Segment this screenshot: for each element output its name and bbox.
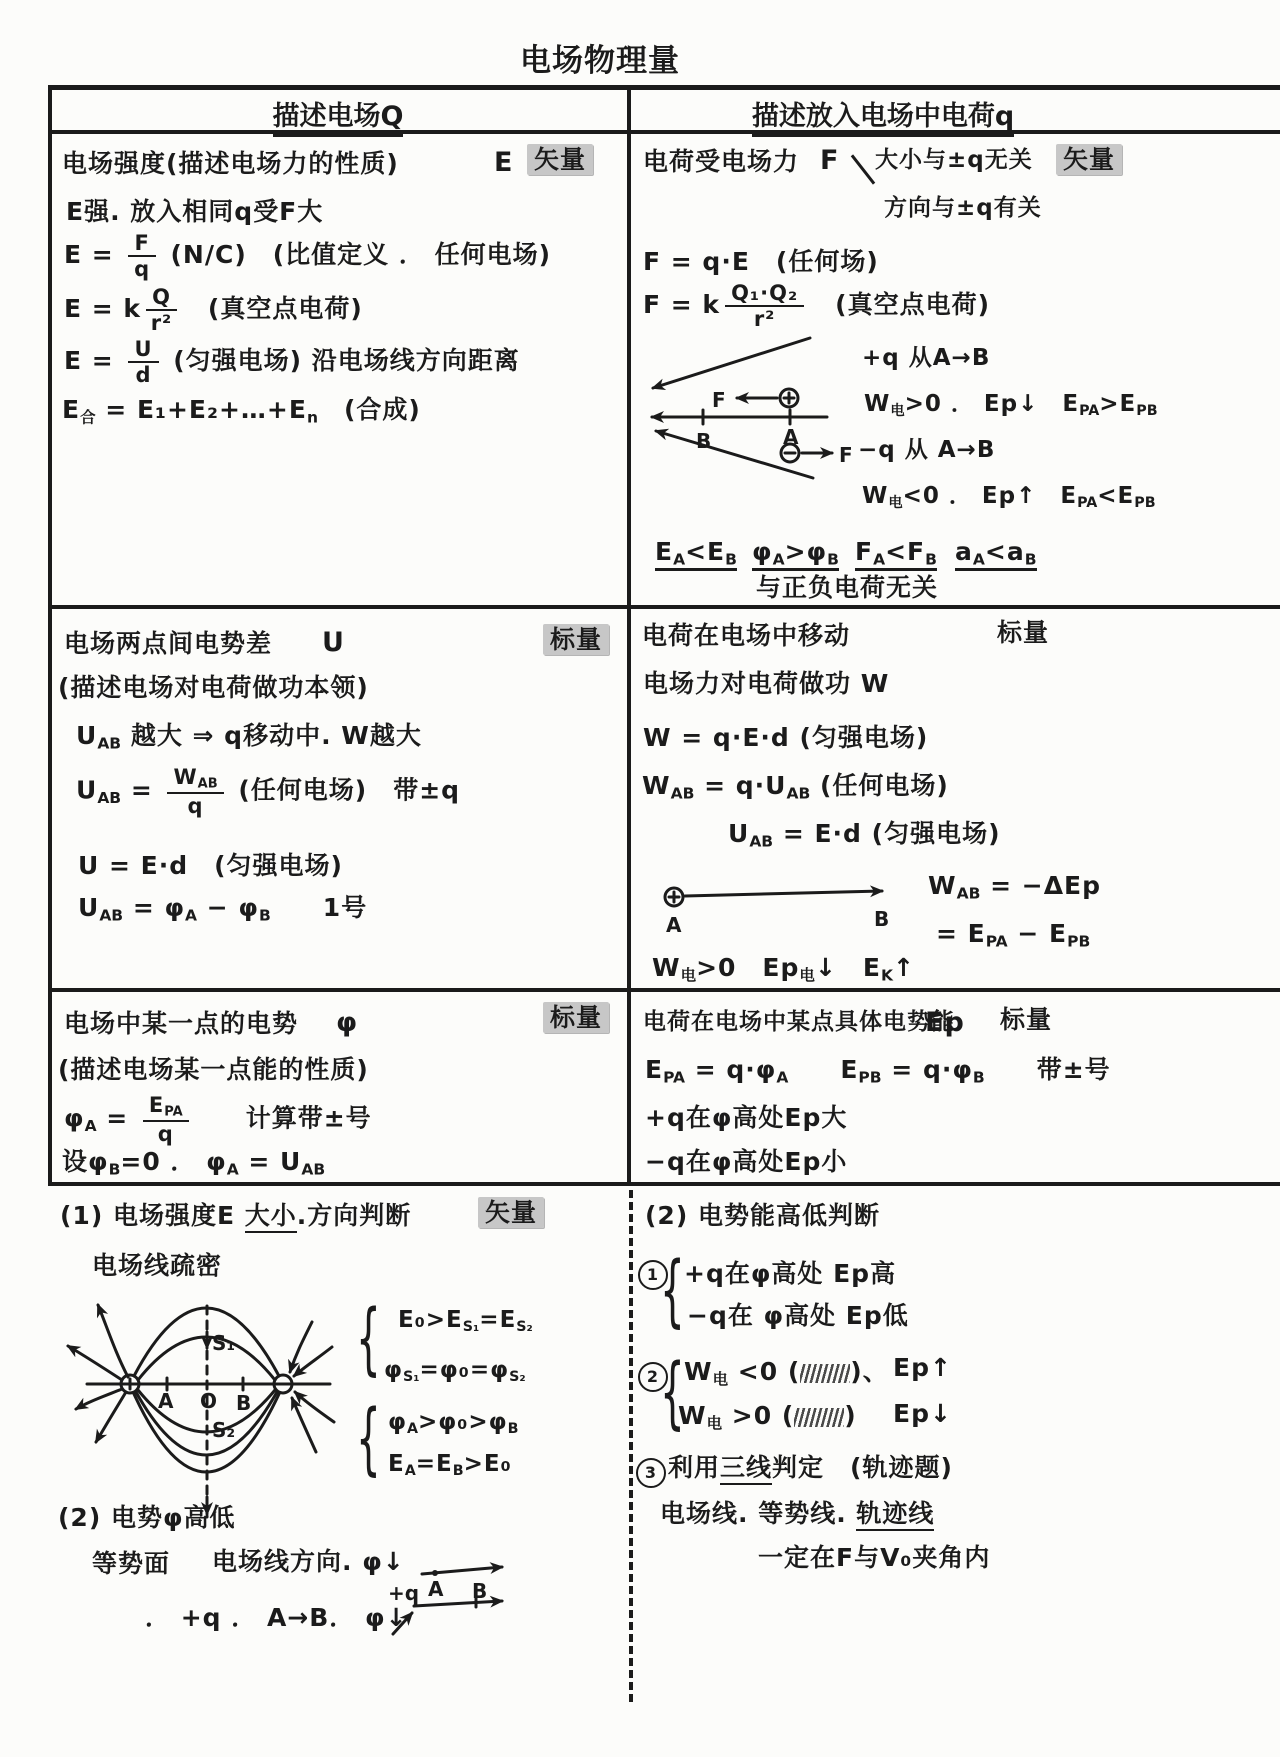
force-f1-label: F [712, 388, 726, 412]
uniform-field-mini-diagram: A B +q [388, 1558, 518, 1653]
wab-delta-ep: WAB = −ΔEp [928, 870, 1101, 904]
u-title: 电场两点间电势差 [64, 628, 272, 659]
phi-a-o-b-note: φA>φ₀>φB [388, 1408, 519, 1439]
col-header-right: 描述放入电场中电荷q [628, 94, 1138, 133]
point-o-label: O [200, 1389, 217, 1413]
u-symbol: U [322, 626, 345, 660]
minus-q-high-phi-note: −q在 φ高处 Ep低 [687, 1300, 909, 1331]
ep-scalar-tag: 标量 [1000, 1004, 1052, 1035]
uab-ed-formula: UAB = E·d (匀强电场) [728, 818, 1001, 852]
w-negative-scribble-note: W电 <0 ()、 [684, 1356, 889, 1390]
point-a-label: A [783, 425, 799, 449]
field-line-density-note: 电场线疏密 [92, 1250, 222, 1281]
field-line-direction-note: 电场线方向. φ↓ [212, 1546, 405, 1577]
point-b-label: B [236, 1391, 251, 1415]
ea-eb-e0-note: EA=EB>E₀ [388, 1450, 512, 1481]
ep-up-label: Ep↑ [893, 1352, 952, 1383]
force-direction-note: 方向与±q有关 [884, 194, 1042, 223]
vector-tag-label: 矢量 [527, 144, 593, 175]
s1-label: S₁ [212, 1331, 235, 1355]
compare-phi-label: φA>φB [752, 537, 839, 571]
phi-reference-line: 设φB=0 ． φA = UAB [62, 1146, 325, 1180]
e-definition-line: 电场强度(描述电场力的性质) [62, 148, 399, 179]
notes-brace-2: { [356, 1400, 381, 1478]
judge-e-vector-tag: 矢量 [478, 1197, 544, 1228]
ep-formula: EPA = q·φA EPB = q·φB 带±号 [645, 1054, 1111, 1088]
u-phi-formula: UAB = φA − φB 1号 [78, 892, 367, 926]
three-lines-list: 电场线. 等势线. 轨迹线 [660, 1498, 934, 1529]
s2-label: S₂ [212, 1418, 235, 1442]
ep-title: 电荷在电场中某点具体电势能 [643, 1008, 955, 1037]
point-b-label: B [874, 907, 889, 931]
u-ed-formula: U = E·d (匀强电场) [78, 850, 343, 881]
judge-phi-heading: (2) 电势φ高低 [58, 1502, 236, 1533]
compare-fa-fb-label: FA<FB [855, 537, 937, 571]
three-lines-rule-note: 利用三线判定 (轨迹题) [668, 1452, 953, 1483]
mini-plus-q-label: +q [388, 1581, 419, 1605]
e-meaning-line: E强. 放入相同q受F大 [66, 196, 323, 227]
ep-minus-q-note: −q在φ高处Ep小 [645, 1146, 847, 1177]
wab-epa-epb: = EPA − EPB [936, 918, 1090, 952]
compare-aa-ab: aA<aB [955, 536, 1037, 570]
u-scalar-tag: 标量 [543, 624, 609, 655]
compare-fa-fb: FA<FB [855, 536, 937, 570]
w-title: 电荷在电场中移动 [642, 620, 850, 651]
minus-q-work-note: W电<0 ． Ep↑ EPA<EPB [862, 482, 1156, 513]
plus-q-move-note: +q 从A→B [862, 344, 990, 373]
work-path-diagram: A B [658, 880, 898, 938]
u-work-formula: UAB = WABq (任何电场) 带±q [76, 766, 460, 817]
plus-q-work-note: W电>0 ． Ep↓ EPA>EPB [864, 390, 1158, 421]
item-3-number: 3 [636, 1454, 666, 1488]
vector-tag-label: 矢量 [478, 1197, 544, 1228]
phi-s-equal-note: φS₁=φ₀=φS₂ [384, 1356, 526, 1387]
w-qed-formula: W = q·E·d (匀强电场) [643, 722, 928, 753]
coulomb-formula: F = kQ₁·Q₂r² (真空点电荷) [643, 282, 990, 330]
phi-formula: φA = EPAq 计算带±号 [64, 1094, 372, 1145]
column-divider-dashed [629, 1190, 633, 1702]
e-symbol: E [494, 146, 513, 180]
brace-stroke [851, 154, 876, 184]
force-symbol: F [820, 144, 839, 178]
phi-title: 电场中某一点的电势 [64, 1008, 298, 1039]
u-bigger-note: UAB 越大 ⇒ q移动中. W越大 [76, 720, 422, 754]
table-top-border [48, 85, 1280, 90]
point-a-label: A [158, 1389, 174, 1413]
independent-of-sign-note: 与正负电荷无关 [756, 572, 938, 603]
e0-compare-note: E₀>ES₁=ES₂ [398, 1306, 533, 1337]
row3-bottom-border [48, 1182, 1280, 1186]
w-positive-note: W电>0 Ep电↓ EK↑ [652, 952, 915, 986]
scalar-tag-label: 标量 [543, 1002, 609, 1033]
phi-meaning-line: (描述电场某一点能的性质) [58, 1054, 369, 1085]
table-left-border [48, 85, 52, 1186]
ep-plus-q-note: +q在φ高处Ep大 [645, 1102, 847, 1133]
vector-tag-label: 矢量 [1056, 144, 1122, 175]
point-b-label: B [696, 429, 711, 453]
col-header-left: 描述电场Q [48, 94, 628, 133]
equipotential-surface-label: 等势面 [92, 1548, 170, 1579]
scalar-tag-label: 标量 [543, 624, 609, 655]
compare-phi: φA>φB [752, 536, 839, 570]
e-superposition-formula: E合 = E₁+E₂+…+En (合成) [62, 394, 421, 428]
minus-q-move-note: −q 从 A→B [858, 436, 995, 465]
force-magnitude-note: 大小与±q无关 [875, 146, 1033, 175]
row1-bottom-border [48, 605, 1280, 609]
plus-q-high-phi-note: +q在φ高处 Ep高 [684, 1258, 896, 1289]
w-quab-formula: WAB = q·UAB (任何电场) [642, 770, 949, 804]
col-header-right-label: 描述放入电场中电荷q [752, 101, 1014, 137]
e-vector-tag: 矢量 [527, 144, 593, 175]
angle-note: 一定在F与V₀夹角内 [758, 1542, 990, 1573]
phi-scalar-tag: 标量 [543, 1002, 609, 1033]
point-a-label: A [666, 913, 682, 937]
dipole-field-lines-diagram: S₁ S₂ A O B [50, 1292, 350, 1537]
handwritten-notes-page: 电场物理量 描述电场Q 描述放入电场中电荷q 电场强度(描述电场力的性质) E … [0, 0, 1280, 1757]
e-point-charge-formula: E = kQr² (真空点电荷) [64, 286, 363, 334]
plus-q-a-to-b-note: ． +q ． A→B． φ↓ [145, 1602, 408, 1633]
mini-a-label: A [428, 1577, 444, 1601]
force-vector-tag: 矢量 [1056, 144, 1122, 175]
ep-symbol: Ep [925, 1006, 965, 1040]
e-uniform-field-formula: E = Ud (匀强电场) 沿电场线方向距离 [64, 338, 520, 386]
compare-ea-eb-label: EA<EB [655, 537, 737, 571]
w-subtitle: 电场力对电荷做功 W [643, 668, 889, 699]
page-title: 电场物理量 [520, 42, 680, 81]
ep-down-label: Ep↓ [893, 1398, 952, 1429]
item-1-brace: { [660, 1252, 685, 1330]
col-header-left-label: 描述电场Q [273, 101, 404, 137]
row2-bottom-border [48, 988, 1280, 992]
compare-aa-ab-label: aA<aB [955, 537, 1037, 571]
w-positive-scribble-note: W电 >0 () [678, 1400, 857, 1434]
compare-ea-eb: EA<EB [655, 536, 737, 570]
circled-3: 3 [636, 1458, 666, 1488]
phi-symbol: φ [336, 1006, 358, 1040]
e-ratio-formula: E = Fq (N/C) (比值定义 ． 任何电场) [64, 232, 551, 280]
mini-b-label: B [472, 1579, 487, 1603]
judge-ep-heading: (2) 电势能高低判断 [645, 1200, 880, 1231]
force-qe-formula: F = q·E (任何场) [643, 246, 879, 277]
w-scalar-tag: 标量 [997, 617, 1049, 648]
column-divider [627, 85, 631, 1186]
judge-e-heading: (1) 电场强度E 大小.方向判断 [60, 1200, 411, 1231]
u-meaning-line: (描述电场对电荷做功本领) [58, 672, 369, 703]
force-f2-label: F [839, 443, 853, 467]
force-title: 电荷受电场力 [643, 146, 799, 177]
notes-brace-1: { [356, 1300, 381, 1378]
